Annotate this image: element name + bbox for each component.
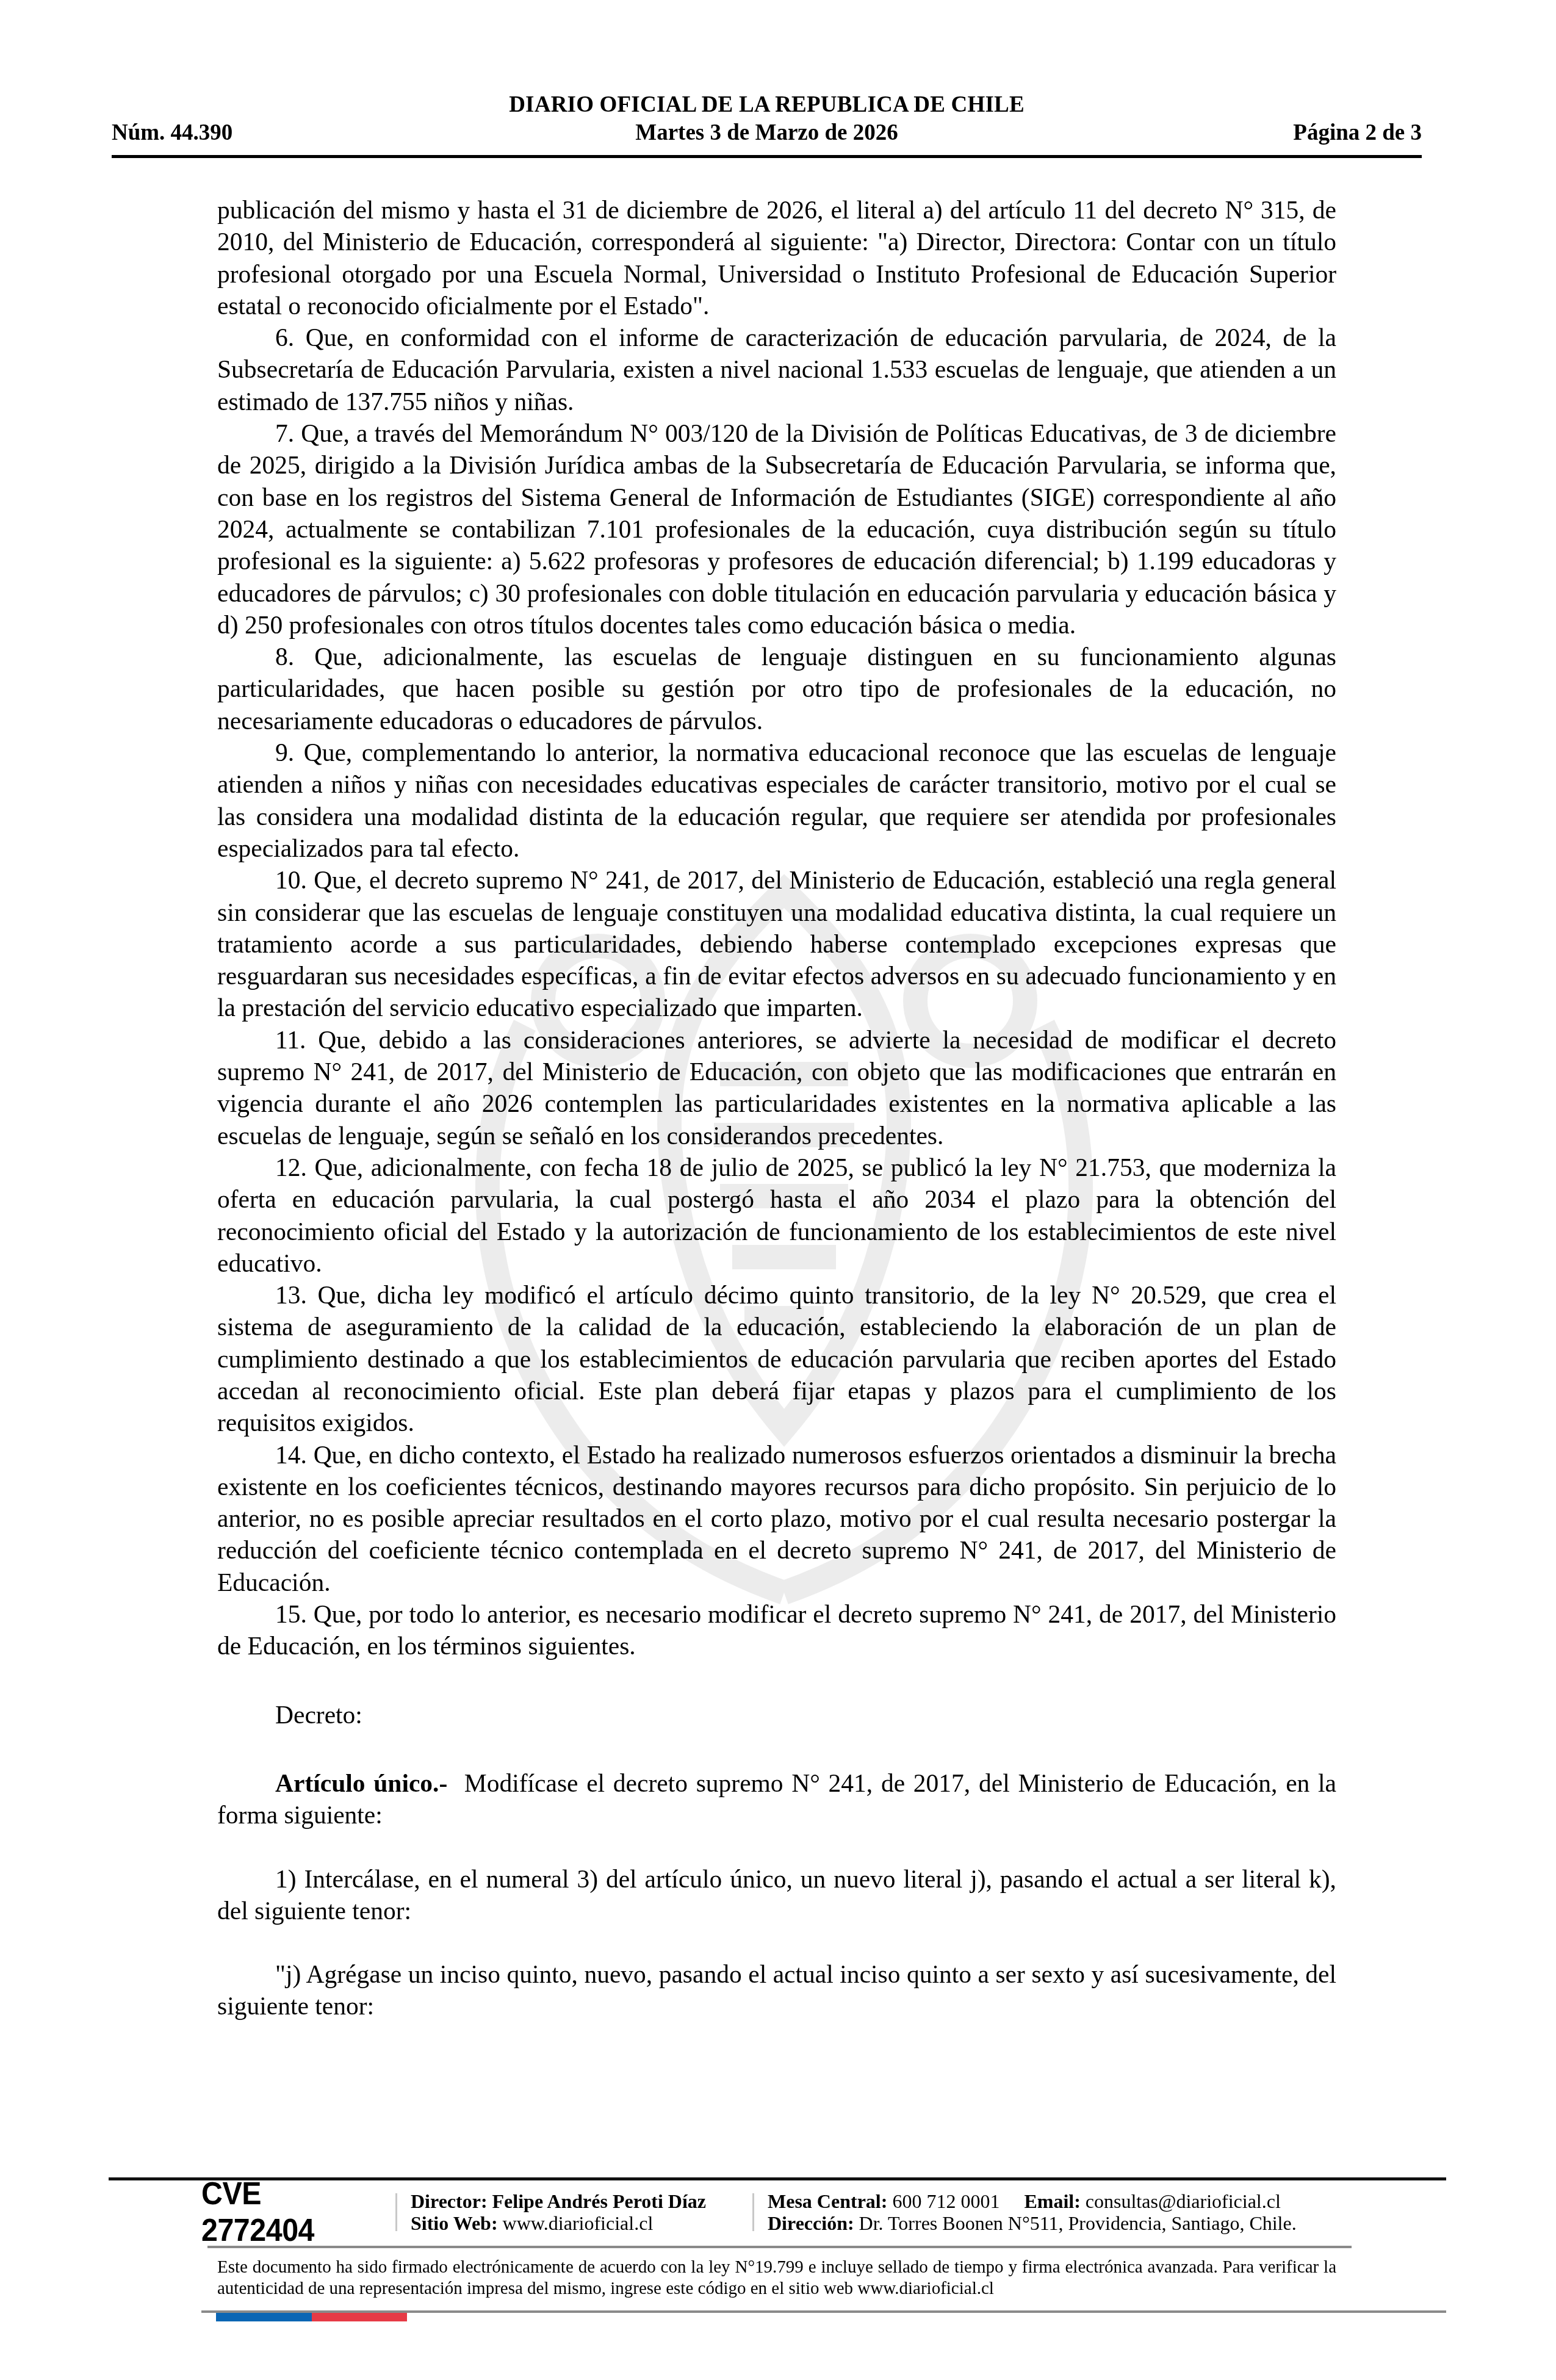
cve-code: CVE 2772404 <box>201 2176 382 2249</box>
address-value: Dr. Torres Boonen N°511, Providencia, Sa… <box>859 2212 1297 2234</box>
considerando-7: 7. Que, a través del Memorándum N° 003/1… <box>217 417 1336 641</box>
website-link[interactable]: www.diarioficial.cl <box>503 2212 654 2234</box>
phone-number: 600 712 0001 <box>892 2190 1000 2212</box>
articulo-heading: Artículo único.- <box>275 1769 447 1797</box>
footer-mid-rule <box>207 2246 1352 2248</box>
footer-contact-col: Mesa Central: 600 712 0001 Email: consul… <box>754 2190 1297 2234</box>
page-header: DIARIO OFICIAL DE LA REPUBLICA DE CHILE … <box>112 92 1422 146</box>
spacer <box>217 1831 1336 1863</box>
modification-item-1: 1) Intercálase, en el numeral 3) del art… <box>217 1863 1336 1927</box>
considerando-8: 8. Que, adicionalmente, las escuelas de … <box>217 641 1336 737</box>
website-label: Sitio Web: <box>411 2212 498 2234</box>
decreto-label: Decreto: <box>217 1699 1336 1731</box>
footer-info: CVE 2772404 Director: Felipe Andrés Pero… <box>201 2191 1297 2234</box>
email-link[interactable]: consultas@diarioficial.cl <box>1086 2190 1281 2212</box>
considerando-11: 11. Que, debido a las consideraciones an… <box>217 1024 1336 1152</box>
director-label: Director: <box>411 2190 488 2212</box>
flag-red-segment <box>312 2313 407 2321</box>
paragraph-continuation: publicación del mismo y hasta el 31 de d… <box>217 194 1336 322</box>
articulo-unico: Artículo único.- Modifícase el decreto s… <box>217 1767 1336 1831</box>
flag-blue-segment <box>216 2313 312 2321</box>
document-body: publicación del mismo y hasta el 31 de d… <box>217 194 1336 2022</box>
spacer <box>217 1731 1336 1767</box>
considerando-6: 6. Que, en conformidad con el informe de… <box>217 322 1336 417</box>
header-rule <box>112 155 1422 158</box>
considerando-12: 12. Que, adicionalmente, con fecha 18 de… <box>217 1152 1336 1279</box>
header-meta-row: Núm. 44.390 Martes 3 de Marzo de 2026 Pá… <box>112 120 1422 146</box>
footer-director-col: Director: Felipe Andrés Peroti Díaz Siti… <box>397 2190 752 2234</box>
modification-literal-j: "j) Agrégase un inciso quinto, nuevo, pa… <box>217 1958 1336 2022</box>
email-label: Email: <box>1024 2190 1080 2212</box>
signature-disclaimer: Este documento ha sido firmado electróni… <box>217 2257 1336 2299</box>
spacer <box>217 1662 1336 1699</box>
considerando-13: 13. Que, dicha ley modificó el artículo … <box>217 1279 1336 1438</box>
considerando-15: 15. Que, por todo lo anterior, es necesa… <box>217 1598 1336 1662</box>
considerando-14: 14. Que, en dicho contexto, el Estado ha… <box>217 1439 1336 1598</box>
address-label: Dirección: <box>768 2212 854 2234</box>
phone-label: Mesa Central: <box>768 2190 887 2212</box>
considerando-10: 10. Que, el decreto supremo N° 241, de 2… <box>217 864 1336 1023</box>
director-name: Felipe Andrés Peroti Díaz <box>492 2190 706 2212</box>
spacer <box>217 1927 1336 1958</box>
issue-date: Martes 3 de Marzo de 2026 <box>112 120 1422 146</box>
considerando-9: 9. Que, complementando lo anterior, la n… <box>217 737 1336 864</box>
newspaper-title: DIARIO OFICIAL DE LA REPUBLICA DE CHILE <box>112 92 1422 118</box>
flag-color-bar <box>216 2313 407 2321</box>
